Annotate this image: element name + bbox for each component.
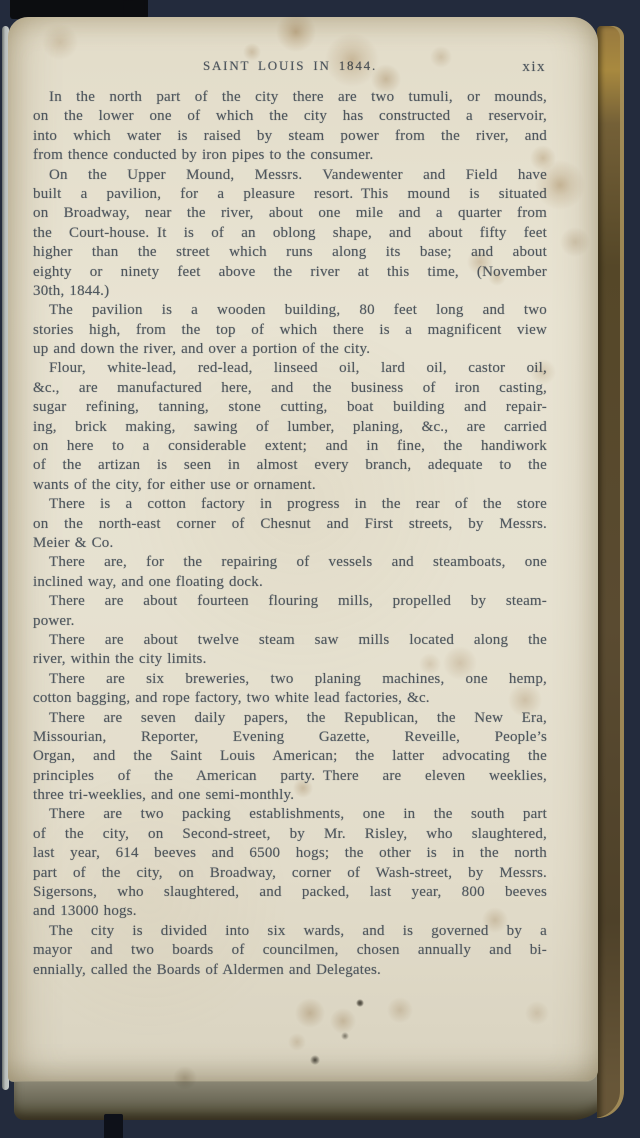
text-line: Sigersons, who slaughtered, and packed, …	[33, 883, 547, 902]
text-line: Missourian, Reporter, Evening Gazette, R…	[33, 728, 547, 747]
header-row: SAINT LOUIS IN 1844. xix	[33, 58, 547, 75]
text-line: on the lower one of which the city has c…	[33, 107, 547, 126]
text-line: up and down the river, and over a portio…	[33, 340, 547, 359]
text-line: Organ, and the Saint Louis American; the…	[33, 747, 547, 766]
text-line: the Court-house. It is of an oblong shap…	[33, 224, 547, 243]
text-line: principles of the American party. There …	[33, 767, 547, 786]
text-line: sugar refining, tanning, stone cutting, …	[33, 398, 547, 417]
scanned-book-photo: { "scan": { "background_color": "#232b3d…	[0, 0, 640, 1138]
text-line: part of the city, on Broadway, corner of…	[33, 864, 547, 883]
text-line: On the Upper Mound, Messrs. Vandewenter …	[33, 166, 547, 185]
book-fore-edge	[597, 26, 624, 1118]
text-line: into which water is raised by steam powe…	[33, 127, 547, 146]
text-line: and 13000 hogs.	[33, 902, 547, 921]
paragraph: On the Upper Mound, Messrs. Vandewenter …	[33, 166, 547, 302]
paragraph: There are two packing establishments, on…	[33, 805, 547, 921]
text-line: built a pavilion, for a pleasure resort.…	[33, 185, 547, 204]
text-line: In the north part of the city there are …	[33, 88, 547, 107]
paragraph: There are about twelve steam saw mills l…	[33, 631, 547, 670]
text-line: There are six breweries, two planing mac…	[33, 670, 547, 689]
page-number: xix	[522, 59, 546, 76]
paragraph: The pavilion is a wooden building, 80 fe…	[33, 301, 547, 359]
text-line: There are about fourteen flouring mills,…	[33, 592, 547, 611]
text-line: inclined way, and one floating dock.	[33, 573, 547, 592]
text-line: wants of the city, for either use or orn…	[33, 476, 547, 495]
text-line: There are, for the repairing of vessels …	[33, 553, 547, 572]
text-line: three tri-weeklies, and one semi-monthly…	[33, 786, 547, 805]
text-line: Meier & Co.	[33, 534, 547, 553]
text-line: on here to a considerable extent; and in…	[33, 437, 547, 456]
paragraph: There are six breweries, two planing mac…	[33, 670, 547, 709]
text-line: on Broadway, near the river, about one m…	[33, 204, 547, 223]
text-line: 30th, 1844.)	[33, 282, 547, 301]
paragraph: There is a cotton factory in progress in…	[33, 495, 547, 553]
text-line: from thence conducted by iron pipes to t…	[33, 146, 547, 165]
text-line: There are seven daily papers, the Republ…	[33, 709, 547, 728]
paragraph: In the north part of the city there are …	[33, 88, 547, 166]
page-content: SAINT LOUIS IN 1844. xix In the north pa…	[33, 58, 547, 980]
paragraph: There are about fourteen flouring mills,…	[33, 592, 547, 631]
text-line: Flour, white-lead, red-lead, linseed oil…	[33, 359, 547, 378]
text-line: ing, brick making, sawing of lumber, pla…	[33, 418, 547, 437]
text-line: There is a cotton factory in progress in…	[33, 495, 547, 514]
text-line: eighty or ninety feet above the river at…	[33, 263, 547, 282]
text-line: power.	[33, 612, 547, 631]
text-line: last year, 614 beeves and 6500 hogs; the…	[33, 844, 547, 863]
text-line: cotton bagging, and rope factory, two wh…	[33, 689, 547, 708]
text-line: There are about twelve steam saw mills l…	[33, 631, 547, 650]
paragraph: There are, for the repairing of vessels …	[33, 553, 547, 592]
paragraph: Flour, white-lead, red-lead, linseed oil…	[33, 359, 547, 495]
text-line: higher than the street which runs along …	[33, 243, 547, 262]
bottom-stand	[104, 1114, 123, 1138]
text-line: stories high, from the top of which ther…	[33, 321, 547, 340]
text-line: There are two packing establishments, on…	[33, 805, 547, 824]
text-line: The pavilion is a wooden building, 80 fe…	[33, 301, 547, 320]
text-line: river, within the city limits.	[33, 650, 547, 669]
text-line: The city is divided into six wards, and …	[33, 922, 547, 941]
text-line: on the north-east corner of Chesnut and …	[33, 515, 547, 534]
text-line: of the artizan is seen in almost every b…	[33, 456, 547, 475]
text-line: &c., are manufactured here, and the busi…	[33, 379, 547, 398]
page-text: In the north part of the city there are …	[33, 88, 547, 980]
text-line: of the city, on Second-street, by Mr. Ri…	[33, 825, 547, 844]
paragraph: There are seven daily papers, the Republ…	[33, 709, 547, 806]
paragraph: The city is divided into six wards, and …	[33, 922, 547, 980]
running-header: SAINT LOUIS IN 1844.	[33, 58, 547, 74]
text-line: mayor and two boards of councilmen, chos…	[33, 941, 547, 960]
text-line: ennially, called the Boards of Aldermen …	[33, 961, 547, 980]
